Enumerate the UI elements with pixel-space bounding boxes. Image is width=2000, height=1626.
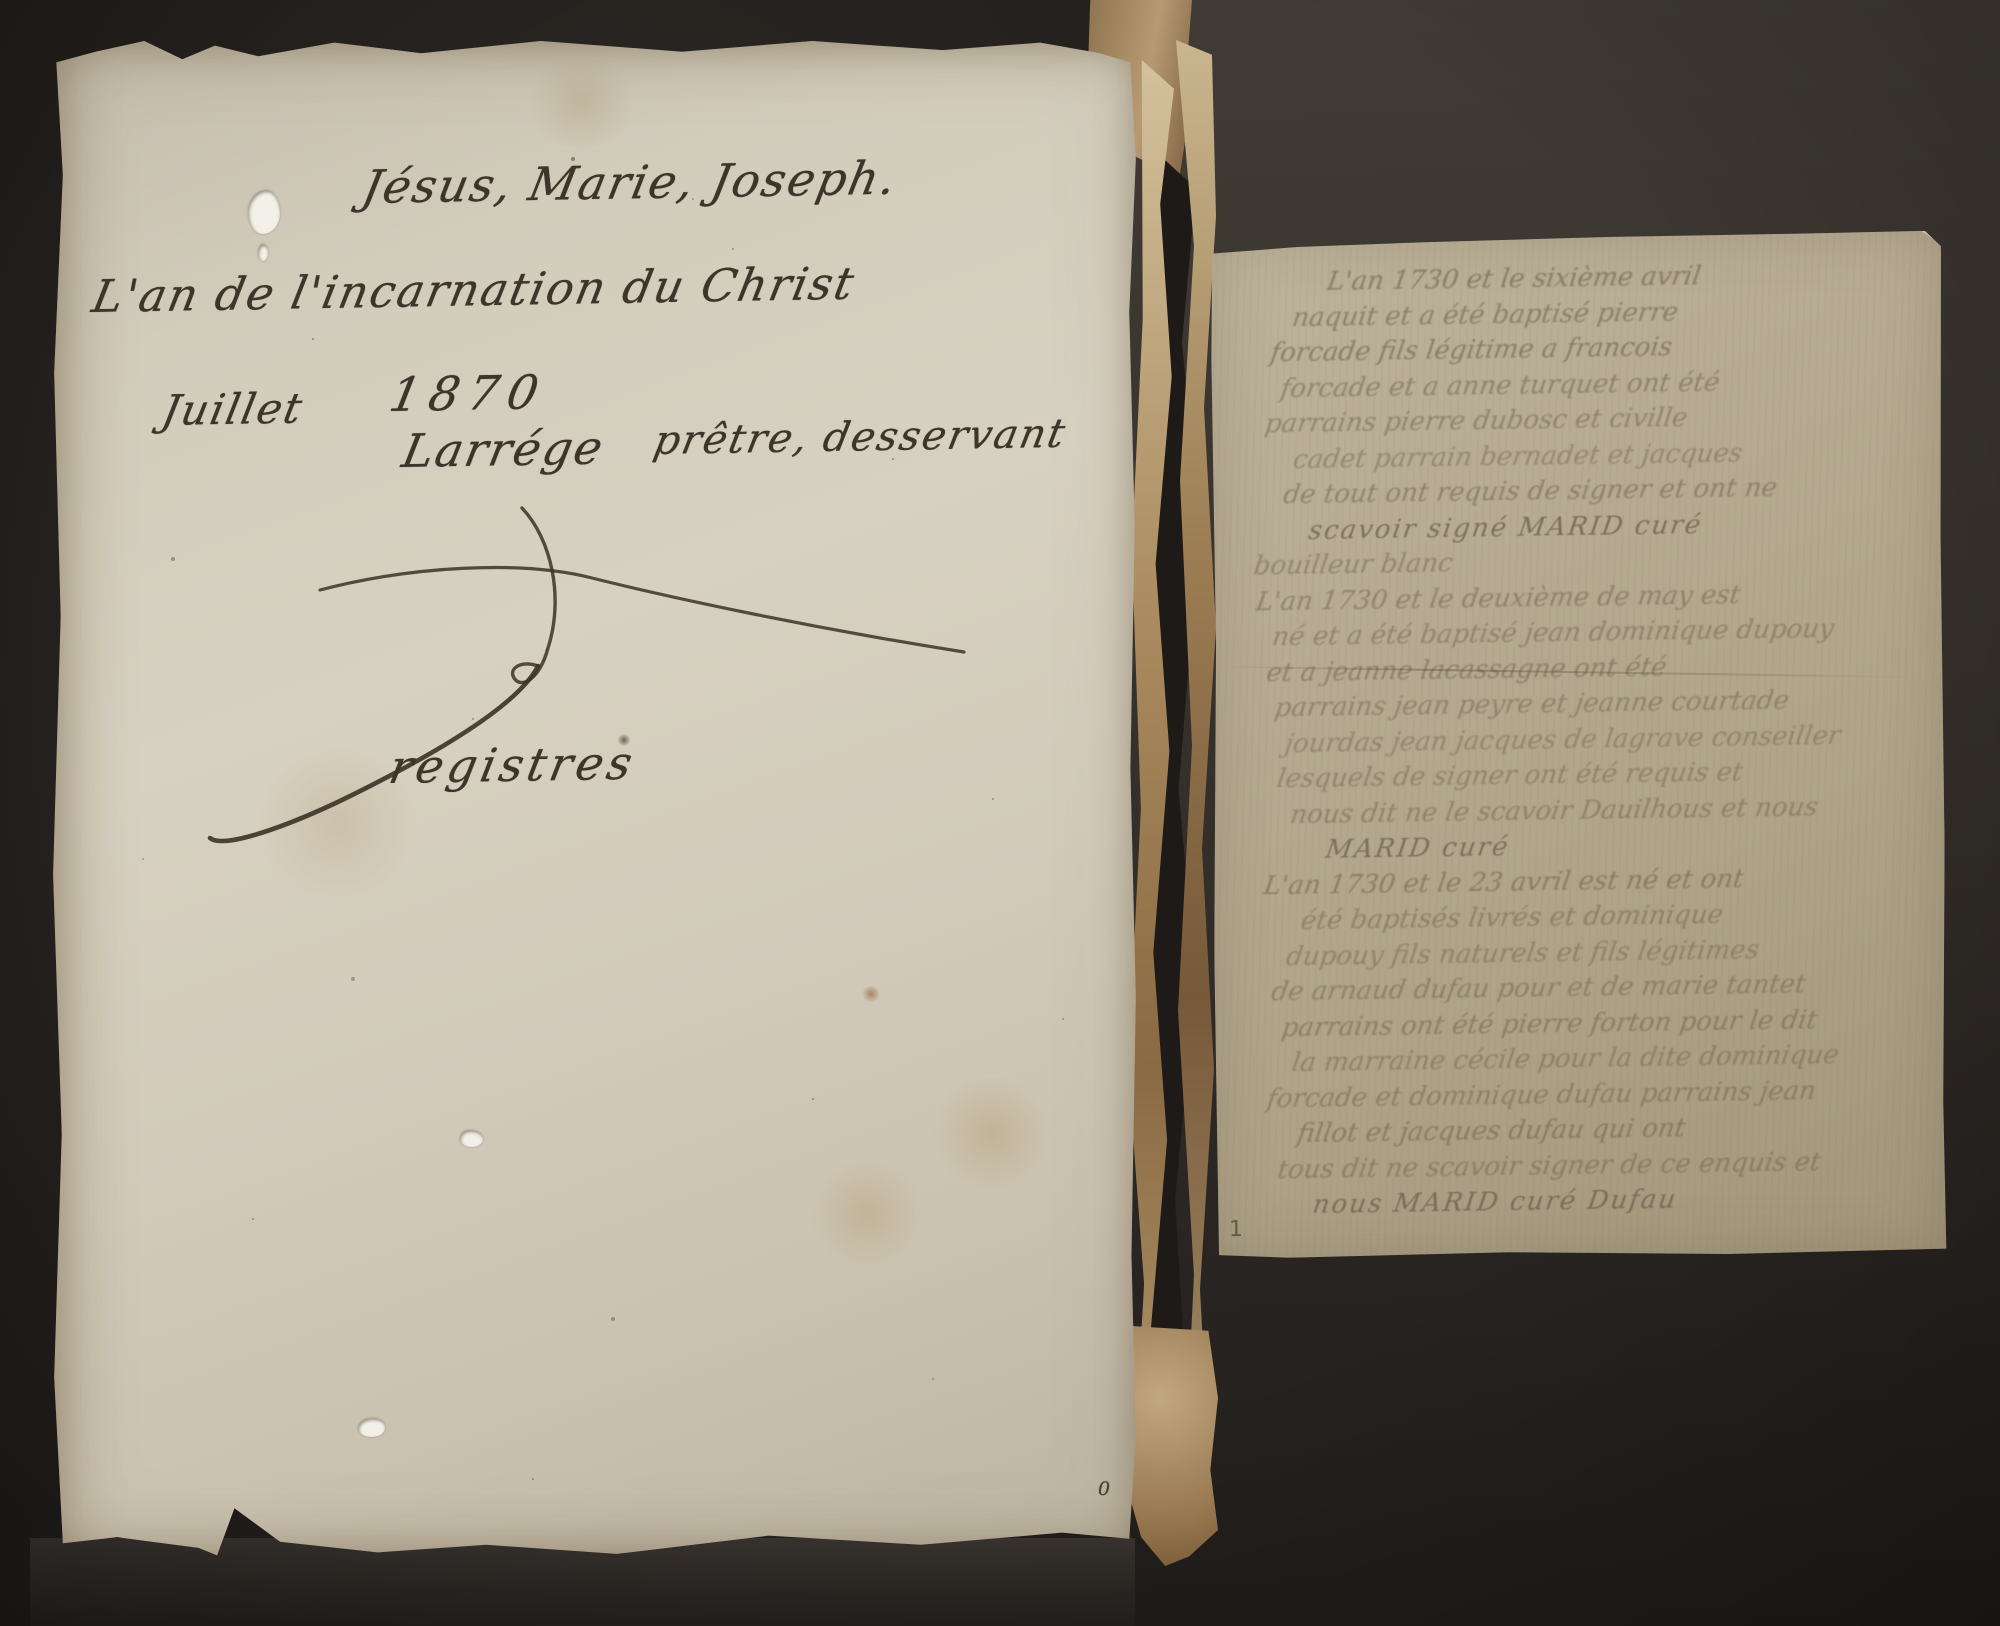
archive-photo: Jésus, Marie, Joseph. L'an de l'incarnat… — [0, 0, 2000, 1626]
priest-role: prêtre, desservant — [650, 411, 1071, 464]
incarnation-line: L'an de l'incarnation du Christ — [88, 257, 860, 323]
register-title-page: Jésus, Marie, Joseph. L'an de l'incarnat… — [52, 38, 1138, 1560]
priest-signature: Larrége — [398, 421, 609, 478]
paper-hole — [460, 1130, 483, 1147]
paper-stain — [807, 1158, 927, 1268]
corner-ink-mark: 0 — [1098, 1478, 1110, 1500]
pencil-page-number: 1 — [1229, 1217, 1243, 1242]
paper-hole — [358, 1418, 385, 1437]
invocation-line: Jésus, Marie, Joseph. — [358, 151, 903, 214]
manuscript-lines: L'an 1730 et le sixième avrilnaquit et a… — [1252, 261, 1937, 1250]
old-baptism-register-page: L'an 1730 et le sixième avrilnaquit et a… — [1210, 231, 1947, 1260]
registres-label: registres — [385, 736, 641, 794]
paper-stain — [927, 1078, 1057, 1188]
paper-stain — [522, 58, 642, 148]
year-text: 1870 — [385, 365, 552, 423]
month-text: Juillet — [158, 384, 308, 435]
paper-hole — [248, 190, 280, 234]
paper-hole — [258, 244, 268, 261]
paper-stain — [862, 986, 880, 1002]
